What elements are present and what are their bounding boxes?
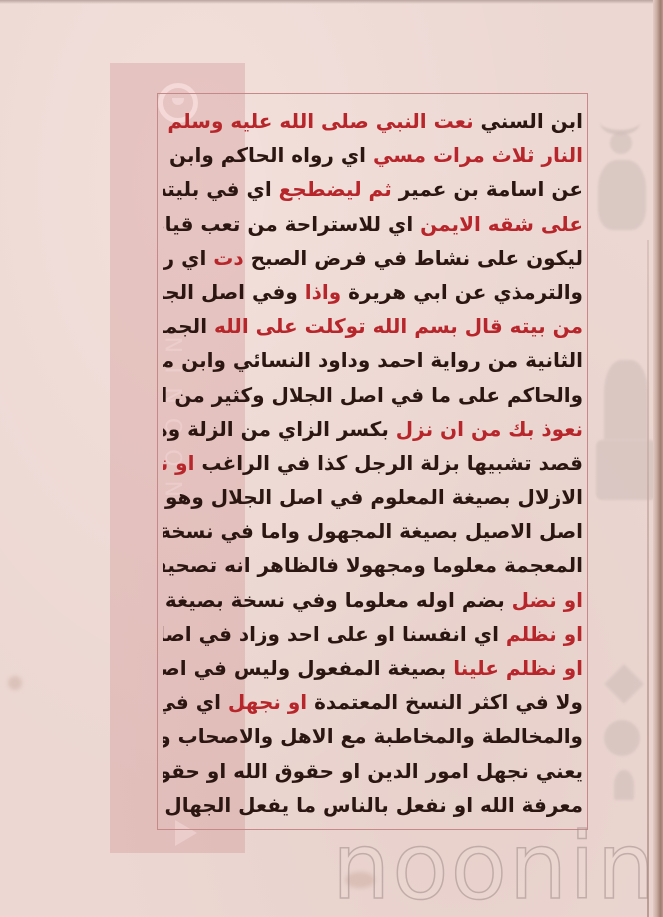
- manuscript-page: NOONIN ابن السني نعت النبي صلى الله عليه…: [0, 0, 663, 917]
- ghost-leaf-ornament: [614, 770, 634, 800]
- manuscript-line: النار ثلاث مرات مسي اي رواه الحاكم وابن …: [163, 138, 583, 172]
- body-text: ابن السني: [474, 109, 583, 133]
- body-text: ليكون على نشاط في فرض الصبح: [244, 246, 583, 270]
- ghost-rosette-ornament: [604, 720, 640, 756]
- page-top-shadow: [0, 0, 663, 4]
- page-edge-crease: [647, 240, 649, 917]
- manuscript-line: والمخالطة والمخاطبة مع الاهل والاصحاب وق…: [163, 719, 583, 753]
- rubric-text: ثم ليضطجع: [272, 177, 392, 201]
- manuscript-line: على شقه الايمن اي للاستراحة من تعب قيام …: [163, 207, 583, 241]
- ghost-mosque-ornament: [604, 360, 648, 440]
- manuscript-line: والحاكم على ما في اصل الجلال وكثير من ال…: [163, 378, 583, 412]
- manuscript-line: الثانية من رواية احمد وداود النسائي وابن…: [163, 343, 583, 377]
- manuscript-line: نعوذ بك من ان نزل بكسر الزاي من الزلة وه…: [163, 412, 583, 446]
- body-text: اي في المعاشرة: [163, 690, 221, 714]
- body-text: يعني نجهل امور الدين او حقوق الله او حقو…: [163, 759, 583, 783]
- body-text: الثانية من رواية احمد وداود النسائي وابن…: [163, 348, 583, 372]
- rubric-text: او نزل: [163, 451, 194, 475]
- manuscript-line: ولا في اكثر النسخ المعتمدة او نجهل اي في…: [163, 685, 583, 719]
- manuscript-line: من بيته قال بسم الله توكلت على الله الجم…: [163, 309, 583, 343]
- manuscript-line: الازلال بصيغة المعلوم في اصل الجلال وهو …: [163, 480, 583, 514]
- rubric-text: او نضل: [505, 588, 583, 612]
- rubric-text: او نجهل: [221, 690, 307, 714]
- rubric-text: واذا: [298, 280, 341, 304]
- body-text: اي للاستراحة من تعب قيام الليل: [163, 212, 413, 236]
- body-text: اي رواه ابو داود: [163, 246, 206, 270]
- body-text: بكسر الزاي من الزلة وهي ذنب من غير: [163, 417, 389, 441]
- rubric-text: النار ثلاث مرات مسي: [366, 143, 583, 167]
- body-text: اي انفسنا او على احد وزاد في اصل الجلال: [163, 622, 499, 646]
- watermark-noonin: noonin: [332, 822, 662, 912]
- manuscript-line: المعجمة معلوما ومجهولا فالظاهر انه تصحيف…: [163, 548, 583, 582]
- body-text: اصل الاصيل بصيغة المجهول واما في نسخة با…: [163, 519, 583, 543]
- ghost-vase-ornament: [598, 160, 646, 230]
- rubric-text: على شقه الايمن: [413, 212, 583, 236]
- body-text: وفي اصل الجلال فاذا: [163, 280, 298, 304]
- body-text: بصيغة المفعول وليس في اصل الاصيل: [163, 656, 446, 680]
- manuscript-line: اصل الاصيل بصيغة المجهول واما في نسخة با…: [163, 514, 583, 548]
- manuscript-line: او نظلم علينا بصيغة المفعول وليس في اصل …: [163, 651, 583, 685]
- rubric-text: نعت النبي صلى الله عليه وسلم أعوذ بك من: [163, 109, 474, 133]
- manuscript-line: او نضل بضم اوله معلوما وفي نسخة بصيغة ال…: [163, 583, 583, 617]
- rubric-text: من بيته قال بسم الله توكلت على الله: [207, 314, 583, 338]
- manuscript-line: والترمذي عن ابي هريرة واذا وفي اصل الجلا…: [163, 275, 583, 309]
- rubric-text: نعوذ بك من ان نزل: [389, 417, 583, 441]
- body-text: بضم اوله معلوما وفي نسخة بصيغة المجهول: [163, 588, 505, 612]
- ghost-star-ornament: [610, 132, 632, 154]
- body-text: الازلال بصيغة المعلوم في اصل الجلال وهو …: [163, 485, 583, 509]
- page-edge: [653, 0, 663, 917]
- body-text: اي في بليته من غير نوم: [163, 177, 272, 201]
- body-text: الجملة: [163, 314, 207, 338]
- body-text: المعجمة معلوما ومجهولا فالظاهر انه تصحيف…: [163, 553, 583, 577]
- manuscript-text-block: ابن السني نعت النبي صلى الله عليه وسلم أ…: [163, 104, 583, 822]
- paper-stain: [8, 676, 22, 690]
- manuscript-line: او نظلم اي انفسنا او على احد وزاد في اصل…: [163, 617, 583, 651]
- manuscript-line: قصد تشبيها بزلة الرجل كذا في الراغب او ن…: [163, 446, 583, 480]
- rubric-text: دت: [206, 246, 243, 270]
- body-text: ولا في اكثر النسخ المعتمدة: [307, 690, 583, 714]
- body-text: اي رواه الحاكم وابن السني: [163, 143, 366, 167]
- body-text: والمخالطة والمخاطبة مع الاهل والاصحاب وق…: [163, 724, 583, 748]
- manuscript-line: عن اسامة بن عمير ثم ليضطجع اي في بليته م…: [163, 172, 583, 206]
- manuscript-line: يعني نجهل امور الدين او حقوق الله او حقو…: [163, 754, 583, 788]
- body-text: قصد تشبيها بزلة الرجل كذا في الراغب: [194, 451, 583, 475]
- body-text: عن اسامة بن عمير: [392, 177, 583, 201]
- rubric-text: او نظلم علينا: [446, 656, 583, 680]
- manuscript-line: ليكون على نشاط في فرض الصبح دت اي رواه ا…: [163, 241, 583, 275]
- manuscript-line: ابن السني نعت النبي صلى الله عليه وسلم أ…: [163, 104, 583, 138]
- body-text: والحاكم على ما في اصل الجلال وكثير من ال…: [163, 383, 583, 407]
- body-text: والترمذي عن ابي هريرة: [341, 280, 583, 304]
- ghost-diamond-ornament: [604, 664, 644, 704]
- rubric-text: او نظلم: [499, 622, 583, 646]
